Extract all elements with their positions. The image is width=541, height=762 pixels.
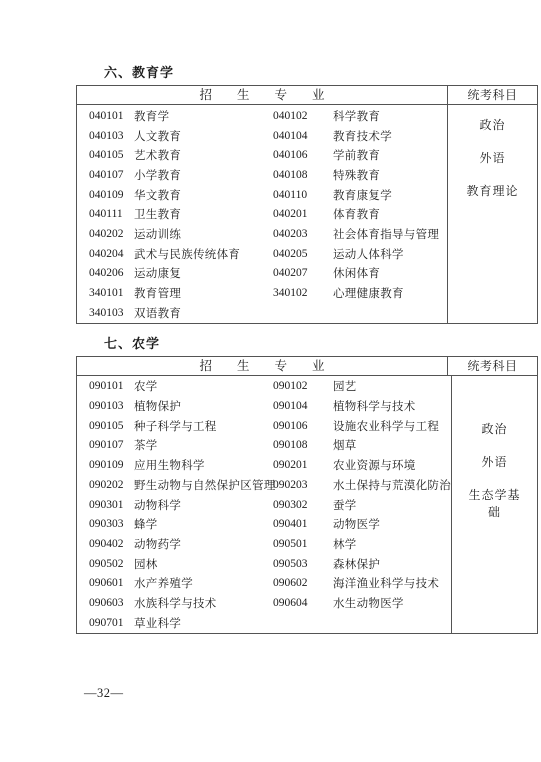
major-name: 种子科学与工程 — [134, 418, 273, 434]
major-name: 设施农业科学与工程 — [333, 418, 451, 434]
table-row: 040103人文教育040104教育技术学 — [77, 126, 447, 146]
major-name: 水族科学与技术 — [134, 595, 273, 611]
major-name: 艺术教育 — [134, 147, 273, 163]
major-code: 040206 — [89, 267, 134, 279]
majors-table: 招 生 专 业 统考科目 040101教育学040102科学教育040103人文… — [76, 85, 538, 324]
exam-subjects-cell: 政治外语教育理论 — [447, 105, 537, 323]
major-name: 动物科学 — [134, 497, 273, 513]
major-name: 动物药学 — [134, 536, 273, 552]
majors-rows: 040101教育学040102科学教育040103人文教育040104教育技术学… — [77, 105, 447, 323]
table-body: 040101教育学040102科学教育040103人文教育040104教育技术学… — [77, 105, 537, 323]
major-code: 090502 — [89, 558, 134, 570]
col-header-enroll-majors: 招 生 专 业 — [77, 86, 447, 104]
major-name: 教育康复学 — [333, 187, 447, 203]
table-header-row: 招 生 专 业 统考科目 — [77, 357, 537, 376]
major-name: 体育教育 — [333, 206, 447, 222]
exam-subject: 外语 — [467, 454, 523, 471]
major-code: 040111 — [89, 208, 134, 220]
major-code: 090302 — [273, 499, 333, 511]
major-code: 090105 — [89, 420, 134, 432]
exam-subject: 政治 — [465, 117, 521, 134]
table-row: 040101教育学040102科学教育 — [77, 106, 447, 126]
major-code: 090603 — [89, 597, 134, 609]
major-name: 水生动物医学 — [333, 595, 451, 611]
major-code: 340101 — [89, 287, 134, 299]
major-code: 040205 — [273, 248, 333, 260]
major-name: 蚕学 — [333, 497, 451, 513]
major-code: 090601 — [89, 577, 134, 589]
major-code: 090101 — [89, 380, 134, 392]
major-name: 农学 — [134, 378, 273, 394]
table-row: 090101农学090102园艺 — [77, 377, 451, 397]
major-name: 蜂学 — [134, 516, 273, 532]
major-name: 学前教育 — [333, 147, 447, 163]
major-name: 草业科学 — [134, 615, 273, 631]
major-name: 动物医学 — [333, 516, 451, 532]
major-name: 海洋渔业科学与技术 — [333, 575, 451, 591]
table-row: 040202运动训练040203社会体育指导与管理 — [77, 224, 447, 244]
exam-subjects-cell: 政治外语生态学基础 — [451, 376, 537, 633]
major-code: 090108 — [273, 439, 333, 451]
major-category-section: 六、教育学 招 生 专 业 统考科目 040101教育学040102科学教育04… — [76, 66, 538, 324]
table-row: 340103双语教育 — [77, 303, 447, 323]
major-name: 运动康复 — [134, 265, 273, 281]
table-row: 090502园林090503森林保护 — [77, 554, 451, 574]
table-row: 090109应用生物科学090201农业资源与环境 — [77, 455, 451, 475]
major-name: 烟草 — [333, 437, 451, 453]
major-name: 卫生教育 — [134, 206, 273, 222]
major-code: 040204 — [89, 248, 134, 260]
major-code: 090501 — [273, 538, 333, 550]
major-code: 340102 — [273, 287, 333, 299]
major-name: 武术与民族传统体育 — [134, 246, 273, 262]
table-row: 040109华文教育040110教育康复学 — [77, 185, 447, 205]
table-row: 040107小学教育040108特殊教育 — [77, 165, 447, 185]
majors-rows: 090101农学090102园艺090103植物保护090104植物科学与技术0… — [77, 376, 451, 633]
major-name: 小学教育 — [134, 167, 273, 183]
table-body: 090101农学090102园艺090103植物保护090104植物科学与技术0… — [77, 376, 537, 633]
major-name: 教育管理 — [134, 285, 273, 301]
major-code: 090203 — [273, 479, 333, 491]
table-header-row: 招 生 专 业 统考科目 — [77, 86, 537, 105]
major-code: 090107 — [89, 439, 134, 451]
major-code: 090401 — [273, 518, 333, 530]
major-name: 水土保持与荒漠化防治 — [333, 477, 451, 493]
table-row: 090202野生动物与自然保护区管理090203水土保持与荒漠化防治 — [77, 475, 451, 495]
major-code: 040106 — [273, 149, 333, 161]
major-code: 090604 — [273, 597, 333, 609]
major-code: 040203 — [273, 228, 333, 240]
major-code: 090104 — [273, 400, 333, 412]
document-page: 六、教育学 招 生 专 业 统考科目 040101教育学040102科学教育04… — [0, 0, 541, 762]
section-heading: 七、农学 — [104, 337, 538, 353]
major-code: 040201 — [273, 208, 333, 220]
major-name: 林学 — [333, 536, 451, 552]
major-code: 090701 — [89, 617, 134, 629]
major-code: 040105 — [89, 149, 134, 161]
major-code: 340103 — [89, 307, 134, 319]
col-header-enroll-majors: 招 生 专 业 — [77, 357, 447, 375]
major-code: 090301 — [89, 499, 134, 511]
major-code: 090402 — [89, 538, 134, 550]
major-name: 植物保护 — [134, 398, 273, 414]
major-name: 人文教育 — [134, 128, 273, 144]
major-name: 应用生物科学 — [134, 457, 273, 473]
page-content: 六、教育学 招 生 专 业 统考科目 040101教育学040102科学教育04… — [76, 66, 538, 634]
major-name: 野生动物与自然保护区管理 — [134, 477, 273, 493]
table-row: 090701草业科学 — [77, 613, 451, 633]
exam-subject: 外语 — [465, 150, 521, 167]
major-code: 090109 — [89, 459, 134, 471]
major-code: 090103 — [89, 400, 134, 412]
major-name: 社会体育指导与管理 — [333, 226, 447, 242]
table-row: 090107茶学090108烟草 — [77, 436, 451, 456]
major-code: 090201 — [273, 459, 333, 471]
major-name: 植物科学与技术 — [333, 398, 451, 414]
major-name: 运动训练 — [134, 226, 273, 242]
table-row: 090301动物科学090302蚕学 — [77, 495, 451, 515]
major-name: 森林保护 — [333, 556, 451, 572]
major-name: 教育学 — [134, 108, 273, 124]
exam-subject: 政治 — [467, 421, 523, 438]
major-name: 茶学 — [134, 437, 273, 453]
table-row: 040204武术与民族传统体育040205运动人体科学 — [77, 244, 447, 264]
major-name: 科学教育 — [333, 108, 447, 124]
major-category-section: 七、农学 招 生 专 业 统考科目 090101农学090102园艺090103… — [76, 337, 538, 634]
major-code: 040207 — [273, 267, 333, 279]
major-name: 双语教育 — [134, 305, 273, 321]
major-name: 特殊教育 — [333, 167, 447, 183]
table-row: 340101教育管理340102心理健康教育 — [77, 283, 447, 303]
major-code: 090602 — [273, 577, 333, 589]
major-name: 园艺 — [333, 378, 451, 394]
table-row: 090105种子科学与工程090106设施农业科学与工程 — [77, 416, 451, 436]
major-name: 农业资源与环境 — [333, 457, 451, 473]
col-header-exam-subjects: 统考科目 — [447, 357, 537, 375]
major-code: 040103 — [89, 130, 134, 142]
col-header-exam-subjects: 统考科目 — [447, 86, 537, 104]
major-name: 教育技术学 — [333, 128, 447, 144]
table-row: 090402动物药学090501林学 — [77, 534, 451, 554]
table-row: 090103植物保护090104植物科学与技术 — [77, 396, 451, 416]
exam-subject: 教育理论 — [465, 183, 521, 200]
major-name: 水产养殖学 — [134, 575, 273, 591]
major-code: 090202 — [89, 479, 134, 491]
table-row: 090603水族科学与技术090604水生动物医学 — [77, 593, 451, 613]
major-code: 040102 — [273, 110, 333, 122]
major-code: 040202 — [89, 228, 134, 240]
major-code: 040104 — [273, 130, 333, 142]
major-code: 090106 — [273, 420, 333, 432]
table-row: 090601水产养殖学090602海洋渔业科学与技术 — [77, 573, 451, 593]
section-heading: 六、教育学 — [104, 66, 538, 82]
table-row: 040105艺术教育040106学前教育 — [77, 145, 447, 165]
major-name: 休闲体育 — [333, 265, 447, 281]
major-code: 090102 — [273, 380, 333, 392]
major-code: 040108 — [273, 169, 333, 181]
major-name: 运动人体科学 — [333, 246, 447, 262]
major-code: 090303 — [89, 518, 134, 530]
major-code: 040101 — [89, 110, 134, 122]
major-name: 华文教育 — [134, 187, 273, 203]
table-row: 040206运动康复040207休闲体育 — [77, 264, 447, 284]
exam-subject: 生态学基础 — [467, 487, 523, 521]
page-number: —32— — [84, 686, 124, 701]
major-code: 040109 — [89, 189, 134, 201]
table-row: 090303蜂学090401动物医学 — [77, 514, 451, 534]
majors-table: 招 生 专 业 统考科目 090101农学090102园艺090103植物保护0… — [76, 356, 538, 634]
table-row: 040111卫生教育040201体育教育 — [77, 204, 447, 224]
major-name: 园林 — [134, 556, 273, 572]
major-code: 040110 — [273, 189, 333, 201]
major-code: 090503 — [273, 558, 333, 570]
major-name: 心理健康教育 — [333, 285, 447, 301]
major-code: 040107 — [89, 169, 134, 181]
